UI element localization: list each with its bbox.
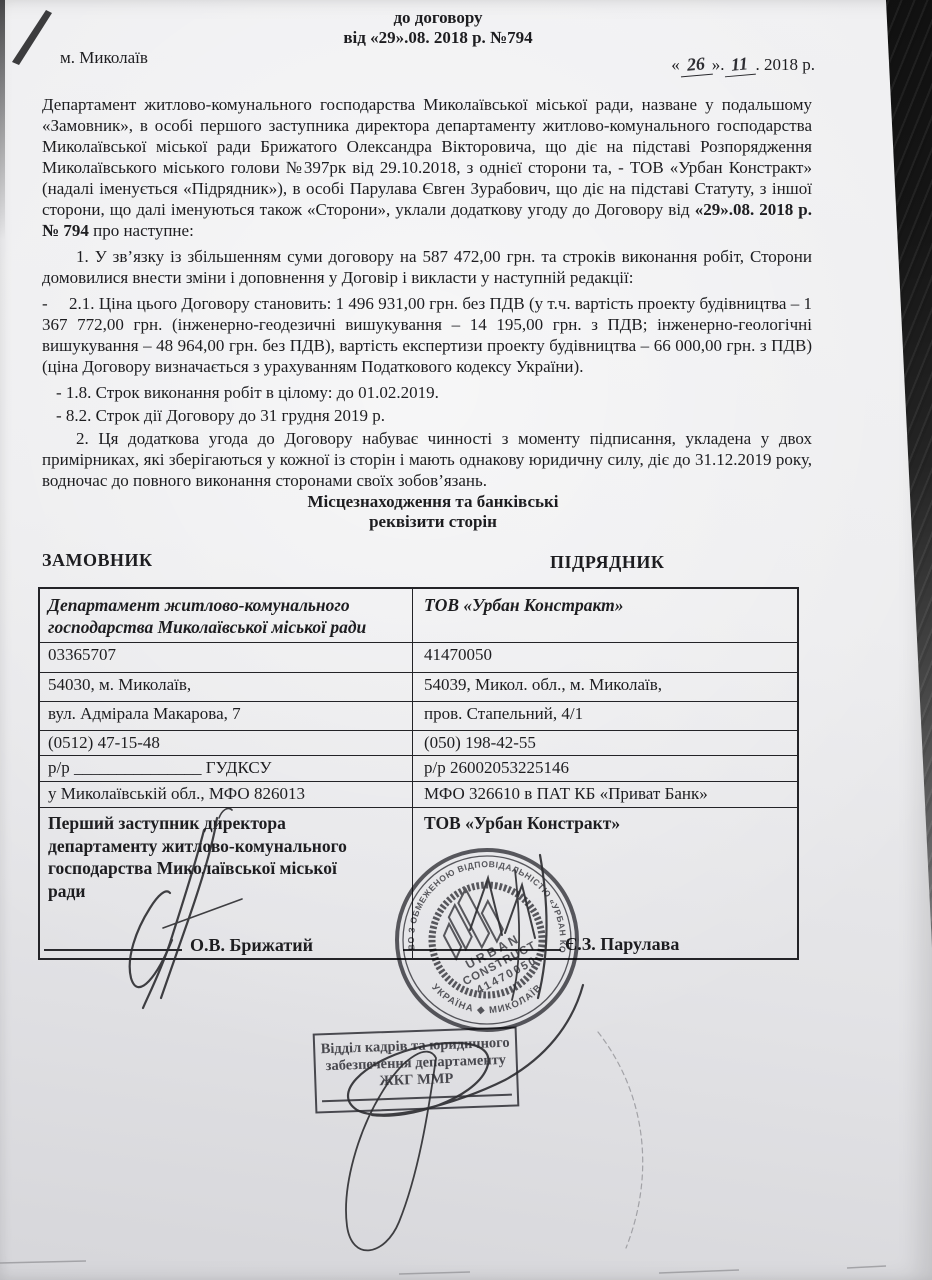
scanned-contract-photo: до договору від «29».08. 2018 р. №794 м.… bbox=[0, 0, 932, 1280]
header-line-1: до договору bbox=[38, 8, 838, 28]
customer-phone-cell: (0512) 47-15-48 bbox=[40, 730, 412, 755]
contractor-street-cell: пров. Стапельний, 4/1 bbox=[412, 701, 797, 730]
paragraph-item-1-8: - 1.8. Строк виконання робіт в цілому: д… bbox=[42, 382, 812, 403]
date-year: . 2018 р. bbox=[756, 55, 816, 74]
customer-signatory-name: О.В. Брижатий bbox=[190, 934, 313, 957]
hr-department-stamp: Відділ кадрів та юридичного забезпечення… bbox=[313, 1026, 520, 1113]
customer-edrpou-cell: 03365707 bbox=[40, 642, 412, 672]
customer-account-cell: р/р _______________ ГУДКСУ bbox=[40, 755, 412, 781]
customer-signatory-title: Перший заступник директора департаменту … bbox=[48, 812, 378, 902]
paragraph-item-1: 1. У зв’язку із збільшенням суми договор… bbox=[42, 246, 812, 288]
customer-label: ЗАМОВНИК bbox=[42, 550, 153, 571]
section-title-line-2: реквізити сторін bbox=[38, 512, 828, 532]
document-header: до договору від «29».08. 2018 р. №794 bbox=[38, 8, 838, 48]
contractor-name-cell: ТОВ «Урбан Констракт» bbox=[412, 589, 797, 642]
customer-name-cell: Департамент житлово-комунального господа… bbox=[40, 589, 412, 642]
customer-mfo-cell: у Миколаївській обл., МФО 826013 bbox=[40, 781, 412, 807]
contractor-signatory-name: Є.З. Парулава bbox=[565, 933, 679, 956]
contract-body: Департамент житлово-комунального господа… bbox=[42, 94, 812, 496]
paragraph-item-8-2: - 8.2. Строк дії Договору до 31 грудня 2… bbox=[42, 405, 812, 426]
hr-stamp-underline bbox=[322, 1094, 512, 1103]
contractor-signatory-title: ТОВ «Урбан Констракт» bbox=[424, 812, 789, 835]
contractor-account-cell: р/р 26002053225146 bbox=[412, 755, 797, 781]
contractor-phone-cell: (050) 198-42-55 bbox=[412, 730, 797, 755]
paragraph-preamble: Департамент житлово-комунального господа… bbox=[42, 94, 812, 241]
paragraph-item-2-1: - 2.1. Ціна цього Договору становить: 1 … bbox=[42, 293, 812, 377]
preamble-tail: про наступне: bbox=[89, 221, 194, 240]
contractor-city-cell: 54039, Микол. обл., м. Миколаїв, bbox=[412, 672, 797, 701]
handwritten-month: 11 bbox=[724, 53, 757, 78]
stamp-buildings-icon: URBAN CONSTRUCT 41470050 bbox=[425, 872, 545, 1000]
header-line-2: від «29».08. 2018 р. №794 bbox=[38, 28, 838, 48]
section-title-line-1: Місцезнаходження та банківські bbox=[38, 492, 828, 512]
contractor-label: ПІДРЯДНИК bbox=[550, 552, 664, 573]
customer-street-cell: вул. Адмірала Макарова, 7 bbox=[40, 701, 412, 730]
contractor-mfo-cell: МФО 326610 в ПАТ КБ «Приват Банк» bbox=[412, 781, 797, 807]
paragraph-item-2: 2. Ця додаткова угода до Договору набува… bbox=[42, 428, 812, 491]
round-company-stamp: ТОВАРИСТВО З ОБМЕЖЕНОЮ ВІДПОВІДАЛЬНІСТЮ … bbox=[392, 845, 582, 1035]
customer-city-cell: 54030, м. Миколаїв, bbox=[40, 672, 412, 701]
contractor-edrpou-cell: 41470050 bbox=[412, 642, 797, 672]
city-label: м. Миколаїв bbox=[60, 48, 148, 68]
date-line: «26».11. 2018 р. bbox=[640, 54, 815, 76]
customer-signature-cell: Перший заступник директора департаменту … bbox=[40, 807, 412, 958]
customer-signature-line bbox=[44, 949, 182, 951]
requisites-section-title: Місцезнаходження та банківські реквізити… bbox=[38, 492, 828, 532]
handwritten-day: 26 bbox=[679, 53, 713, 78]
left-edge-shadow bbox=[0, 0, 5, 240]
